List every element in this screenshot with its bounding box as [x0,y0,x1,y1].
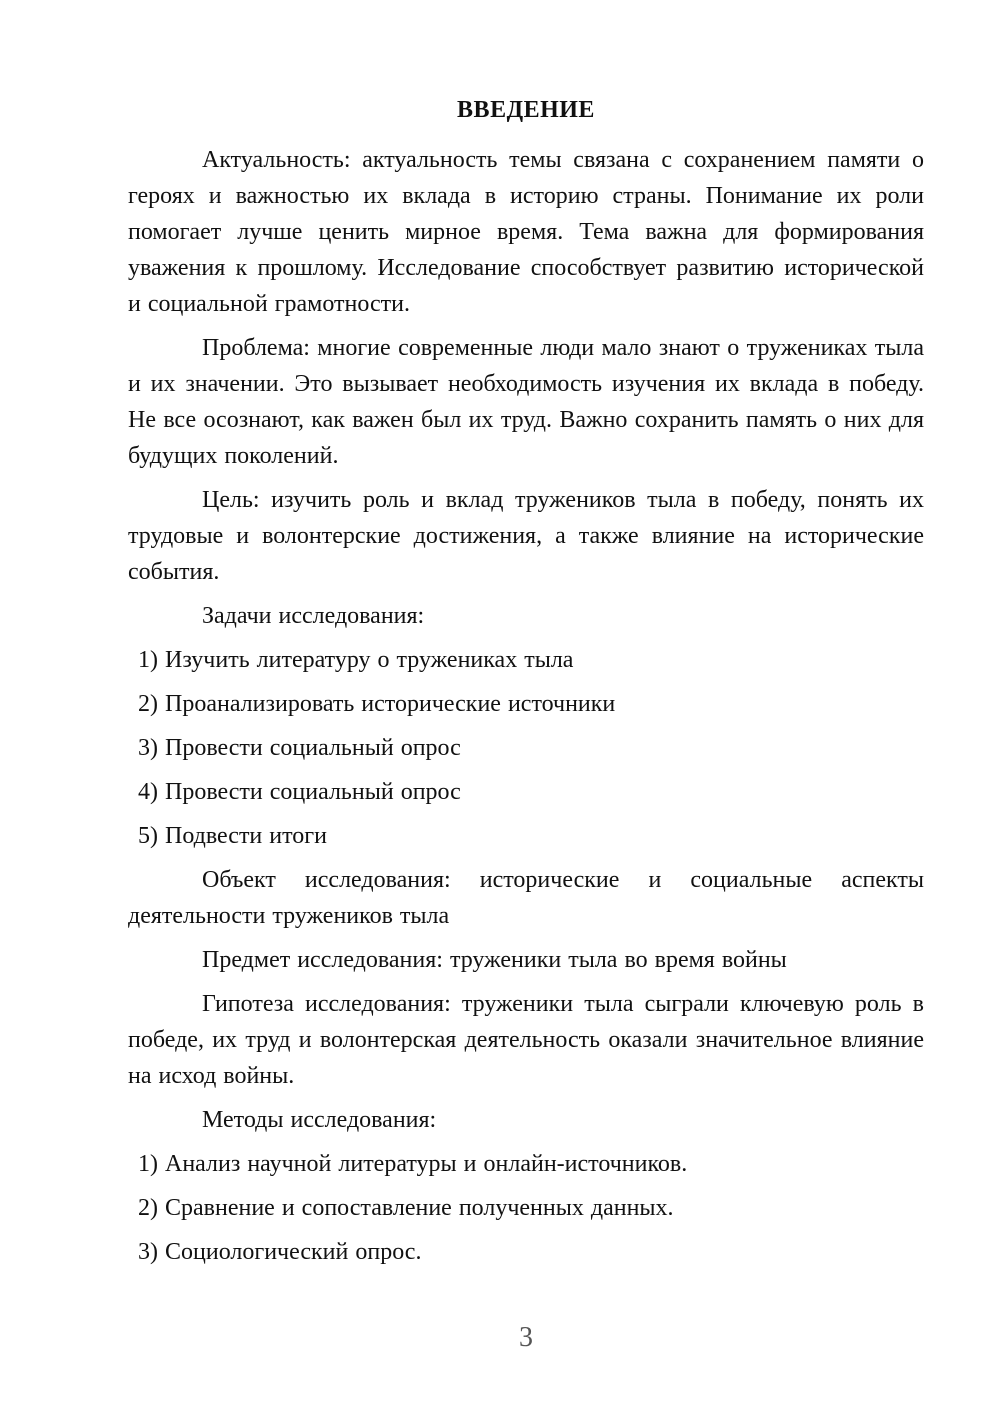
page-number: 3 [128,1320,924,1356]
paragraph-problema: Проблема: многие современные люди мало з… [128,330,924,474]
page-title: ВВЕДЕНИЕ [128,96,924,124]
task-list-item-2: 2) Проанализировать исторические источни… [128,686,924,722]
section-heading-zadachi: Задачи исследования: [128,598,924,634]
paragraph-obekt: Объект исследования: исторические и соци… [128,862,924,934]
paragraph-tsel: Цель: изучить роль и вклад тружеников ты… [128,482,924,590]
task-list-item-4: 4) Провести социальный опрос [128,774,924,810]
paragraph-gipoteza: Гипотеза исследования: труженики тыла сы… [128,986,924,1094]
task-list-item-3: 3) Провести социальный опрос [128,730,924,766]
task-list-item-1: 1) Изучить литературу о тружениках тыла [128,642,924,678]
method-list-item-1: 1) Анализ научной литературы и онлайн-ис… [128,1146,924,1182]
method-list-item-2: 2) Сравнение и сопоставление полученных … [128,1190,924,1226]
section-heading-metody: Методы исследования: [128,1102,924,1138]
paragraph-aktualnost: Актуальность: актуальность темы связана … [128,142,924,322]
paragraph-predmet: Предмет исследования: труженики тыла во … [128,942,924,978]
task-list-item-5: 5) Подвести итоги [128,818,924,854]
method-list-item-3: 3) Социологический опрос. [128,1234,924,1270]
document-page: ВВЕДЕНИЕ Актуальность: актуальность темы… [0,0,1000,1414]
